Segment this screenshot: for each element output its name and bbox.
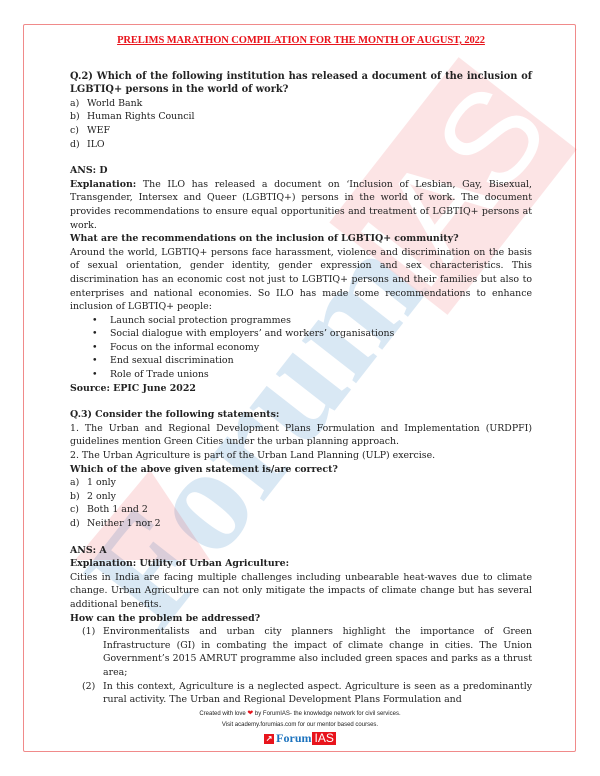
points-list: (1)Environmentalists and urban city plan… <box>70 625 532 707</box>
option-c: c)Both 1 and 2 <box>70 503 532 517</box>
page-header-title: PRELIMS MARATHON COMPILATION FOR THE MON… <box>70 34 532 48</box>
explanation-heading: Explanation: Utility of Urban Agricultur… <box>70 557 532 571</box>
explanation: Explanation: The ILO has released a docu… <box>70 178 532 232</box>
document-body: PRELIMS MARATHON COMPILATION FOR THE MON… <box>70 34 532 707</box>
source: Source: EPIC June 2022 <box>70 382 532 396</box>
list-item: Launch social protection programmes <box>92 314 532 328</box>
paragraph: Around the world, LGBTIQ+ persons face h… <box>70 246 532 314</box>
footer-line-2[interactable]: Visit academy.forumias.com for our mento… <box>0 720 600 731</box>
question-2: Q.2) Which of the following institution … <box>70 70 532 396</box>
option-b: b)2 only <box>70 490 532 504</box>
option-d: d)ILO <box>70 138 532 152</box>
question-text: Q.2) Which of the following institution … <box>70 70 532 97</box>
option-a: a)World Bank <box>70 97 532 111</box>
statement-2: 2. The Urban Agriculture is part of the … <box>70 449 532 463</box>
option-c: c)WEF <box>70 124 532 138</box>
subheading: What are the recommendations on the incl… <box>70 232 532 246</box>
arrow-icon: ↗ <box>264 734 274 744</box>
list-item: Social dialogue with employers’ and work… <box>92 327 532 341</box>
forumias-logo: ↗ Forum IAS <box>264 732 336 745</box>
explanation: Cities in India are facing multiple chal… <box>70 571 532 612</box>
question-prompt: Which of the above given statement is/ar… <box>70 463 532 477</box>
recommendation-list: Launch social protection programmes Soci… <box>70 314 532 382</box>
question-text: Q.3) Consider the following statements: <box>70 408 532 422</box>
list-item: Focus on the informal economy <box>92 341 532 355</box>
statement-1: 1. The Urban and Regional Development Pl… <box>70 422 532 449</box>
answer: ANS: A <box>70 544 532 558</box>
option-b: b)Human Rights Council <box>70 110 532 124</box>
list-item: (2)In this context, Agriculture is a neg… <box>82 680 532 707</box>
footer-line-1: Created with love ❤ by ForumIAS- the kno… <box>0 708 600 720</box>
list-item: End sexual discrimination <box>92 354 532 368</box>
option-a: a)1 only <box>70 476 532 490</box>
question-3: Q.3) Consider the following statements: … <box>70 408 532 706</box>
page-footer: Created with love ❤ by ForumIAS- the kno… <box>0 708 600 746</box>
option-d: d)Neither 1 nor 2 <box>70 517 532 531</box>
list-item: (1)Environmentalists and urban city plan… <box>82 625 532 679</box>
list-item: Role of Trade unions <box>92 368 532 382</box>
answer: ANS: D <box>70 164 532 178</box>
subheading: How can the problem be addressed? <box>70 612 532 626</box>
